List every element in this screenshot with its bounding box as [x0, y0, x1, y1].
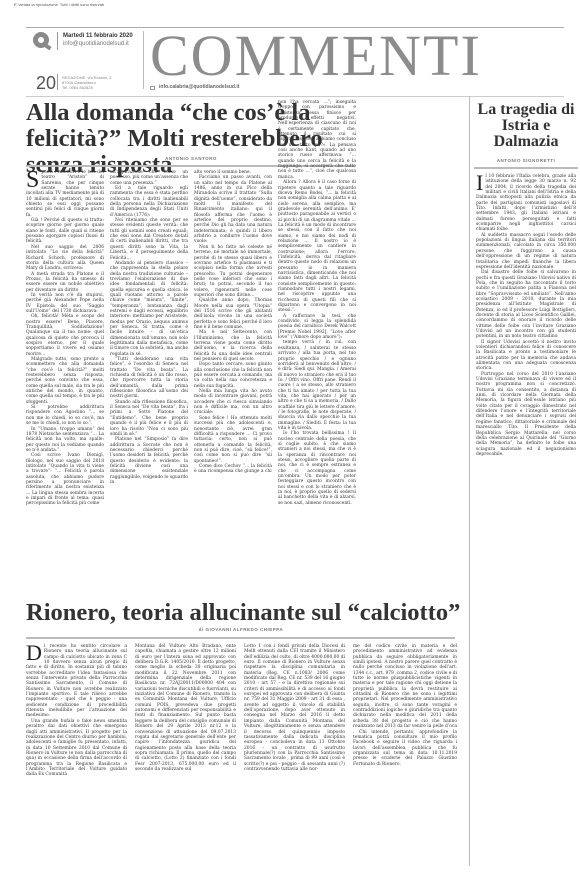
paragraph: Nel suo saggio del 2006 intitolato “Le v… — [26, 245, 104, 272]
quotidiano-logo-icon — [33, 32, 49, 48]
sidebar-byline: ANTONIO SIGNORETTI — [474, 158, 578, 163]
paragraph: A metà strada tra Platone e il Prozac, l… — [26, 272, 104, 293]
article1-column-3: alto verso il sommo bene. Facciamo un pa… — [194, 170, 272, 475]
masthead-bottom-rule — [26, 96, 564, 97]
paragraph-text: l 10 febbraio l’Italia celebra, grazie a… — [476, 174, 576, 232]
paragraph: Facciamo un passo avanti, con un salto n… — [194, 175, 272, 244]
paragraph: Il signor Udovisi accettò il nostro invi… — [476, 340, 576, 372]
article2-column-4: me del codice civile in materia e del pr… — [353, 644, 457, 767]
article2-headline: Rionero, teoria allucinante sul “calciot… — [26, 600, 466, 626]
paragraph: Già ! Perché di questo si tratta: scopri… — [26, 218, 104, 245]
dropcap: I — [476, 175, 483, 191]
copyright-notice: E' vietata la riproduzione. Tutti i diri… — [14, 2, 104, 7]
redazione-address: REDAZIONE: via Rossini, 2 87040 Castroli… — [62, 75, 111, 91]
paragraph: Di recente ho sentito circolare a Rioner… — [26, 644, 127, 719]
sidebar-divider — [469, 96, 470, 866]
paragraph: Lotto 1 con i fondi privati della Dioces… — [244, 644, 345, 772]
issue-date: Martedì 11 febbraio 2020 — [63, 33, 133, 39]
paragraph: Montana del Vulture Alto Bradano, ente c… — [135, 644, 236, 772]
paragraph: Una grande bufala o fake news smentita p… — [26, 719, 127, 778]
masthead-divider — [143, 31, 144, 89]
paragraph: Allora ? Allora è il caso forse di ripet… — [278, 180, 356, 314]
paragraph: Si potrebbe addirittura rispondere con A… — [26, 405, 104, 426]
article1-column-1: Spenti i riflettori e le luci del teatro… — [26, 170, 104, 507]
article2-column-2: Montana del Vulture Alto Bradano, ente c… — [135, 644, 236, 772]
article2-column-1: Di recente ho sentito circolare a Rioner… — [26, 644, 127, 778]
paragraph: Nella mia lunga vita ho avuto modo di in… — [194, 389, 272, 416]
paragraph: Spenti i riflettori e le luci del teatro… — [26, 170, 104, 218]
paragraph: Oh, felicità! Méta e scopo del nostro es… — [26, 314, 104, 357]
sidebar-headline: La tragedia di Istria e Dalmazia — [474, 102, 578, 150]
article2-column-3: Lotto 1 con i fondi privati della Dioces… — [244, 644, 345, 772]
paragraph: Io l’ho trovata bellissima ! Il nucleo c… — [278, 431, 356, 506]
article1-column-4: non l’ha cercata …”; inseguita troppo co… — [278, 100, 356, 506]
paragraph: Come dice Cechov “… la felicità è una ri… — [194, 464, 272, 475]
paragraph: Il 10 febbraio l’Italia celebra, grazie … — [476, 174, 576, 233]
dropcap: D — [26, 645, 42, 661]
sidebar-column: Il 10 febbraio l’Italia celebra, grazie … — [476, 174, 576, 457]
masthead-email-link[interactable]: info@quotidianodelsud.it — [63, 41, 129, 47]
paragraph: In verità non c’è da stupirsi, perché gi… — [26, 293, 104, 314]
article2-byline: di GIOVANNI ALFREDO CHIEPPA — [26, 627, 456, 632]
paragraph: Così scrive Ivano Dionigi, filologo, nel… — [26, 453, 104, 506]
page-number: 20 — [36, 73, 56, 94]
paragraph: Ma è nel Settecento, con l’Illuminismo, … — [194, 330, 272, 362]
paragraph: Dopo tanto cercare, sono giunto alla con… — [194, 362, 272, 389]
paragraph: me del codice civile in materia e del pr… — [353, 644, 457, 767]
paragraph: tempo verrà / in cui, con esultanza, / s… — [278, 340, 356, 431]
sidebar-rule — [474, 167, 578, 169]
paragraph: non l’ha cercata …”; inseguita troppo co… — [278, 100, 356, 180]
paragraph: un’aspirazione che come un possesso, più… — [110, 170, 188, 186]
paragraph: Al suddetto massacro seguì l’esodo delle… — [476, 233, 576, 270]
article2-rule — [26, 637, 455, 639]
paragraph: Qualche anno dopo, Thomas Moore nella su… — [194, 298, 272, 330]
paragraph: “Tutti desiderano una vita felice”, è l’… — [110, 357, 188, 400]
redazione-line: Tel. 0984 852828 — [62, 85, 111, 90]
paragraph: Andando al pensiero classico – che rappr… — [110, 261, 188, 357]
dropcap: S — [26, 171, 39, 189]
paragraph: Sono felice ! Ho ottenuto molti successi… — [194, 416, 272, 464]
paragraph: Dal disastro delle foibe si salvarono in… — [476, 270, 576, 339]
article1-column-2: un’aspirazione che come un possesso, più… — [110, 170, 188, 485]
masthead-divider — [57, 74, 58, 90]
paragraph: Ed a tale riguardo egli rammenta che ess… — [110, 186, 188, 218]
paragraph: Purtroppo nel corso del 2010 l’anziano U… — [476, 372, 576, 458]
paragraph: Noi riteniamo che sono per se stesse evi… — [110, 218, 188, 261]
paragraph: A rafforzare la tesi, che condivido, si … — [278, 314, 356, 341]
paragraph: Non ti ho fatto né celeste né terreno, n… — [194, 245, 272, 298]
envelope-icon — [150, 86, 155, 90]
section-email-link[interactable]: info.calabria@quotidianodelsud.it — [159, 84, 239, 90]
paragraph: In “Umano, troppo umano” del 1878 Nietzs… — [26, 427, 104, 454]
paragraph: Malgrado tutto, sono pronto a scommetter… — [26, 357, 104, 405]
masthead-divider — [57, 32, 58, 50]
paragraph: Stando alla riflessione filosofica, il S… — [110, 400, 188, 437]
paragraph: Platone nel “Simposio” fa dire addirittu… — [110, 437, 188, 485]
section-title: COMMENTI — [150, 27, 482, 85]
